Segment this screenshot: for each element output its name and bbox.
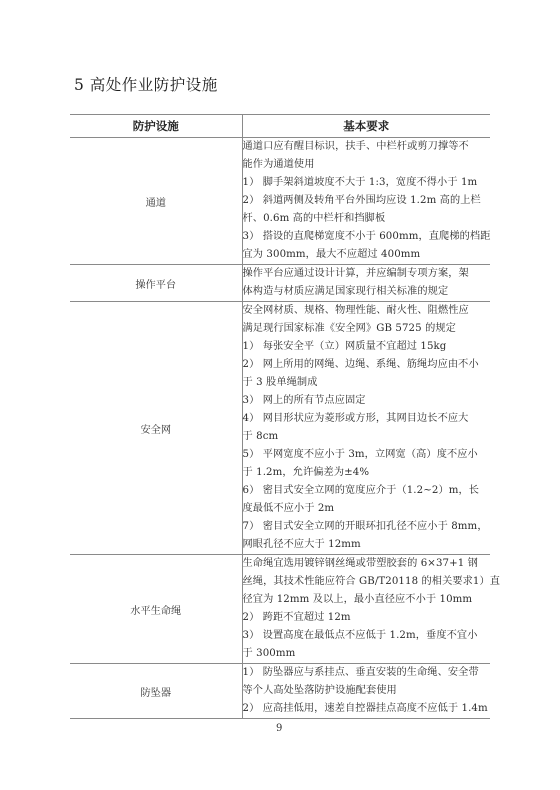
- requirements-cell: 通道口应有醒目标识，扶手、中栏杆或剪刀撑等不 能作为通道使用 1） 脚手架斜道坡…: [242, 138, 490, 265]
- requirement-line: 杆、0.6m 高的中栏杆和挡脚板: [243, 210, 491, 228]
- facility-name: 水平生命绳: [70, 555, 242, 664]
- requirement-line: 满足现行国家标准《安全网》GB 5725 的规定: [243, 320, 491, 338]
- facility-name: 安全网: [70, 302, 242, 555]
- requirement-line: 1） 脚手架斜道坡度不大于 1:3，宽度不得小于 1m: [243, 174, 491, 192]
- requirement-line: 于 300mm: [243, 645, 491, 663]
- requirement-line: 3） 网上的所有节点应固定: [243, 392, 491, 410]
- requirement-line: 宜为 300mm，最大不应超过 400mm: [243, 246, 491, 264]
- requirement-line: 度最低不应小于 2m: [243, 500, 491, 518]
- requirement-line: 4） 网目形状应为菱形或方形，其网目边长不应大: [243, 410, 491, 428]
- requirement-line: 1） 防坠器应与系挂点、垂直安装的生命绳、安全带: [243, 664, 491, 682]
- requirement-line: 体构造与材质应满足国家现行相关标准的规定: [243, 283, 491, 301]
- requirement-line: 2） 网上所用的网绳、边绳、系绳、筋绳均应由不小: [243, 356, 491, 374]
- requirement-line: 2） 应高挂低用，速差自控器挂点高度不应低于 1.4m: [243, 700, 491, 718]
- table-row: 防坠器 1） 防坠器应与系挂点、垂直安装的生命绳、安全带 等个人高处坠落防护设施…: [70, 664, 490, 719]
- requirement-line: 操作平台应通过设计计算，并应编制专项方案，架: [243, 265, 491, 283]
- header-facility: 防护设施: [70, 115, 242, 138]
- requirement-line: 能作为通道使用: [243, 156, 491, 174]
- requirement-line: 通道口应有醒目标识，扶手、中栏杆或剪刀撑等不: [243, 138, 491, 156]
- requirement-line: 6） 密目式安全立网的宽度应介于（1.2~2）m，长: [243, 482, 491, 500]
- requirement-line: 2） 斜道两侧及转角平台外围均应设 1.2m 高的上栏: [243, 192, 491, 210]
- facility-name: 操作平台: [70, 265, 242, 302]
- section-title: 5 高处作业防护设施: [74, 73, 218, 95]
- table-row: 安全网 安全网材质、规格、物理性能、耐火性、阻燃性应 满足现行国家标准《安全网》…: [70, 302, 490, 555]
- facility-name: 防坠器: [70, 664, 242, 719]
- requirement-line: 7） 密目式安全立网的开眼环扣孔径不应小于 8mm，: [243, 518, 491, 536]
- requirement-line: 丝绳，其技术性能应符合 GB/T20118 的相关要求1）直: [243, 573, 491, 591]
- table-row: 操作平台 操作平台应通过设计计算，并应编制专项方案，架 体构造与材质应满足国家现…: [70, 265, 490, 302]
- table-row: 水平生命绳 生命绳宜选用镀锌钢丝绳或带塑胶套的 6×37+1 钢 丝绳，其技术性…: [70, 555, 490, 664]
- requirement-line: 网眼孔径不应大于 12mm: [243, 536, 491, 554]
- protection-facilities-table: 防护设施 基本要求 通道 通道口应有醒目标识，扶手、中栏杆或剪刀撑等不 能作为通…: [70, 114, 490, 719]
- requirement-line: 于 1.2m，允许偏差为±4%: [243, 464, 491, 482]
- table-row: 通道 通道口应有醒目标识，扶手、中栏杆或剪刀撑等不 能作为通道使用 1） 脚手架…: [70, 138, 490, 265]
- table-header-row: 防护设施 基本要求: [70, 115, 490, 138]
- requirement-line: 1） 每张安全平（立）网质量不宜超过 15kg: [243, 338, 491, 356]
- requirement-line: 生命绳宜选用镀锌钢丝绳或带塑胶套的 6×37+1 钢: [243, 555, 491, 573]
- requirement-line: 3） 搭设的直爬梯宽度不小于 600mm，直爬梯的档距: [243, 228, 491, 246]
- requirements-cell: 操作平台应通过设计计算，并应编制专项方案，架 体构造与材质应满足国家现行相关标准…: [242, 265, 490, 302]
- requirement-line: 径宜为 12mm 及以上，最小直径应不小于 10mm: [243, 591, 491, 609]
- requirement-line: 安全网材质、规格、物理性能、耐火性、阻燃性应: [243, 302, 491, 320]
- requirement-line: 于 8cm: [243, 428, 491, 446]
- requirement-line: 3） 设置高度在最低点不应低于 1.2m，垂度不宜小: [243, 627, 491, 645]
- facility-name: 通道: [70, 138, 242, 265]
- requirement-line: 于 3 股单绳制成: [243, 374, 491, 392]
- requirement-line: 等个人高处坠落防护设施配套使用: [243, 682, 491, 700]
- header-requirements: 基本要求: [242, 115, 490, 138]
- requirements-cell: 1） 防坠器应与系挂点、垂直安装的生命绳、安全带 等个人高处坠落防护设施配套使用…: [242, 664, 490, 719]
- page-number: 9: [276, 723, 282, 734]
- requirements-cell: 生命绳宜选用镀锌钢丝绳或带塑胶套的 6×37+1 钢 丝绳，其技术性能应符合 G…: [242, 555, 490, 664]
- requirement-line: 5） 平网宽度不应小于 3m，立网宽（高）度不应小: [243, 446, 491, 464]
- requirements-cell: 安全网材质、规格、物理性能、耐火性、阻燃性应 满足现行国家标准《安全网》GB 5…: [242, 302, 490, 555]
- requirement-line: 2） 跨距不宜超过 12m: [243, 609, 491, 627]
